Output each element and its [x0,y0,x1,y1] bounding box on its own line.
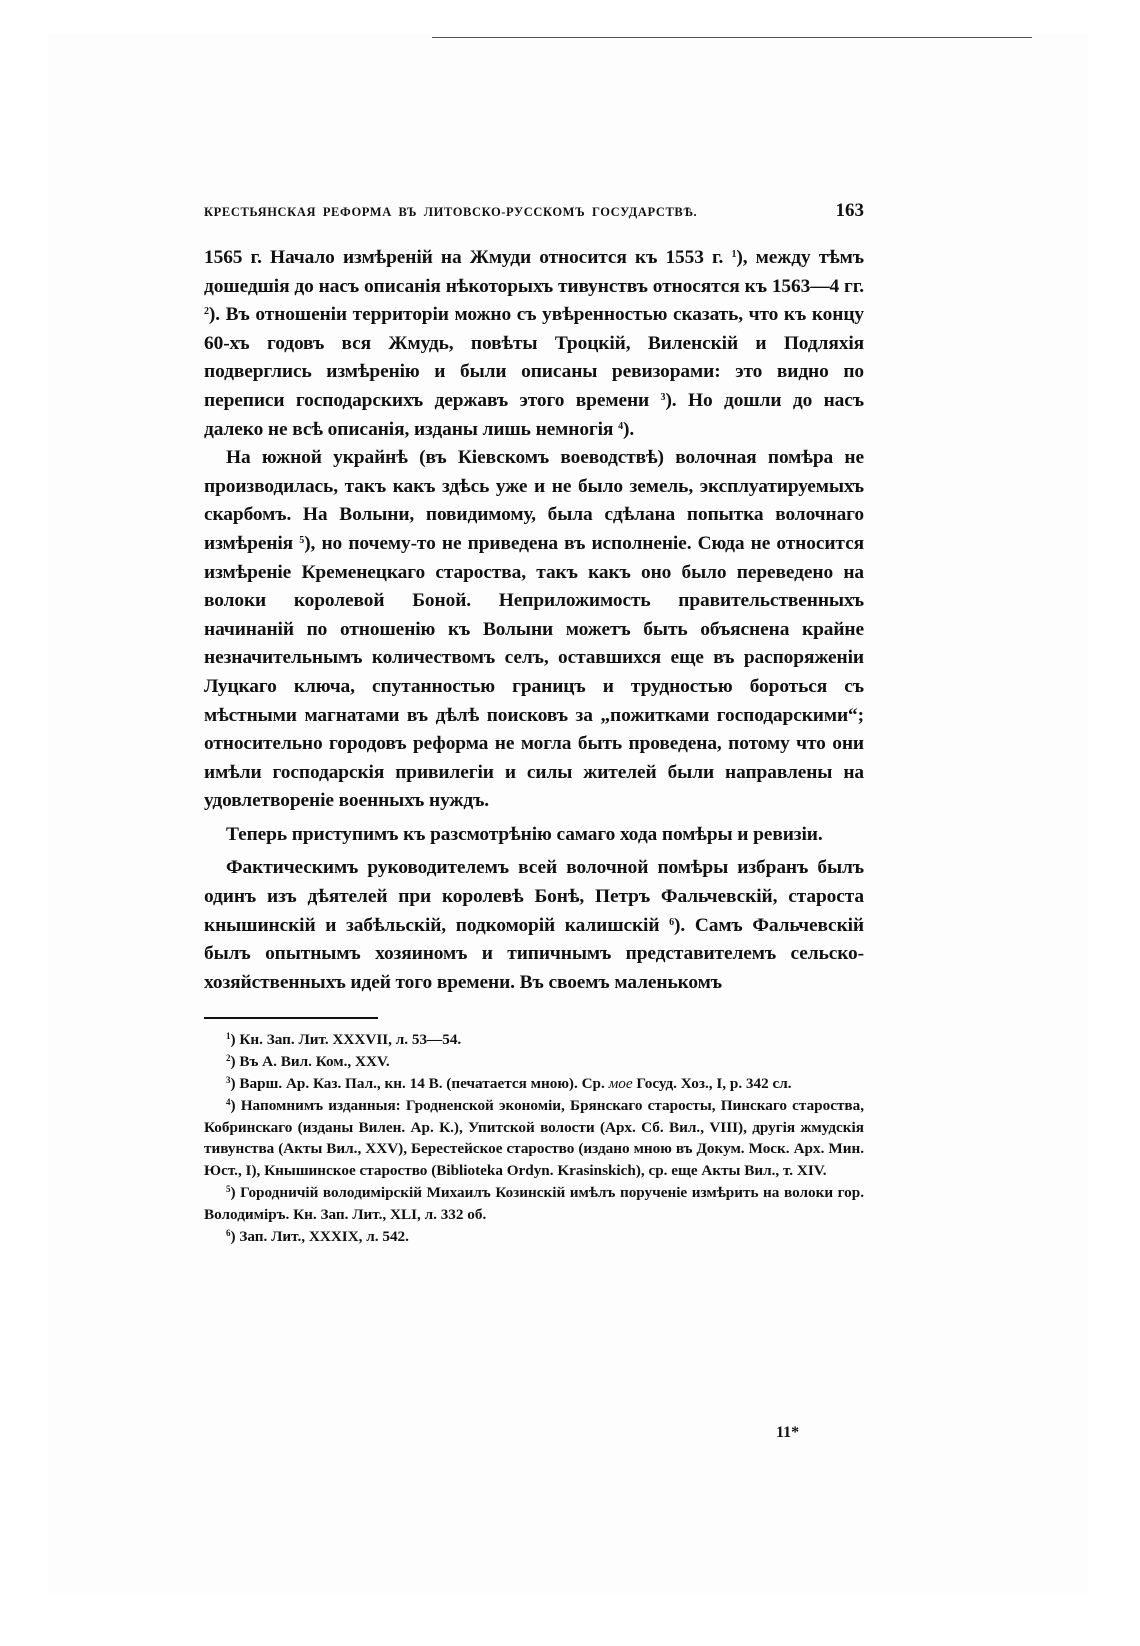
footnote-text: Госуд. Хоз., I, р. 342 сл. [633,1075,792,1092]
paragraph-1: 1565 г. Начало измѣреній на Жмуди относи… [204,244,864,444]
paragraph-3: Теперь приступимъ къ разсмотрѣнію самаго… [204,821,864,850]
paragraph-4: Фактическимъ руководителемъ всей волочно… [204,854,864,997]
footnote-text: ) Зап. Лит., XXXIX, л. 542. [231,1228,409,1245]
footnote-separator [204,1017,378,1019]
footnote-italic: мое [609,1075,633,1092]
body-text: 1565 г. Начало измѣреній на Жмуди относи… [204,244,864,997]
footnote-3: 3) Варш. Ар. Каз. Пал., кн. 14 В. (печат… [204,1073,864,1095]
top-edge-rule [432,37,1032,38]
footnote-text: ) Кн. Зап. Лит. XXXVII, л. 53—54. [231,1031,462,1048]
footnote-text: ) Напомнимъ изданныя: Гродненской эконом… [204,1097,864,1179]
footnote-5: 5) Городничій володимірскій Михаилъ Кози… [204,1182,864,1226]
text-run: Теперь приступимъ къ разсмотрѣнію самаго… [226,824,823,845]
footnote-text: ) Варш. Ар. Каз. Пал., кн. 14 В. (печата… [231,1075,609,1092]
footnote-6: 6) Зап. Лит., XXXIX, л. 542. [204,1226,864,1248]
text-run: ). [623,419,634,440]
page-number: 163 [836,200,865,222]
footnotes: 1) Кн. Зап. Лит. XXXVII, л. 53—54. 2) Въ… [204,1029,864,1247]
text-run: ), но почему-то не приведена въ исполнен… [204,533,864,811]
footnote-1: 1) Кн. Зап. Лит. XXXVII, л. 53—54. [204,1029,864,1051]
text-run: 1565 г. Начало измѣреній на Жмуди относи… [204,247,731,268]
footnote-text: ) Въ А. Вил. Ком., XXV. [231,1053,390,1070]
footnote-2: 2) Въ А. Вил. Ком., XXV. [204,1051,864,1073]
footnote-4: 4) Напомнимъ изданныя: Гродненской эконо… [204,1095,864,1182]
footnote-text: ) Городничій володимірскій Михаилъ Козин… [204,1184,864,1223]
paragraph-2: На южной украйнѣ (въ Кіевскомъ воеводств… [204,444,864,816]
signature-mark: 11* [776,1424,799,1442]
running-title: Крестьянская реформа въ Литовско-Русском… [204,205,697,220]
running-head: Крестьянская реформа въ Литовско-Русском… [204,200,864,228]
book-page: Крестьянская реформа въ Литовско-Русском… [204,200,864,1247]
